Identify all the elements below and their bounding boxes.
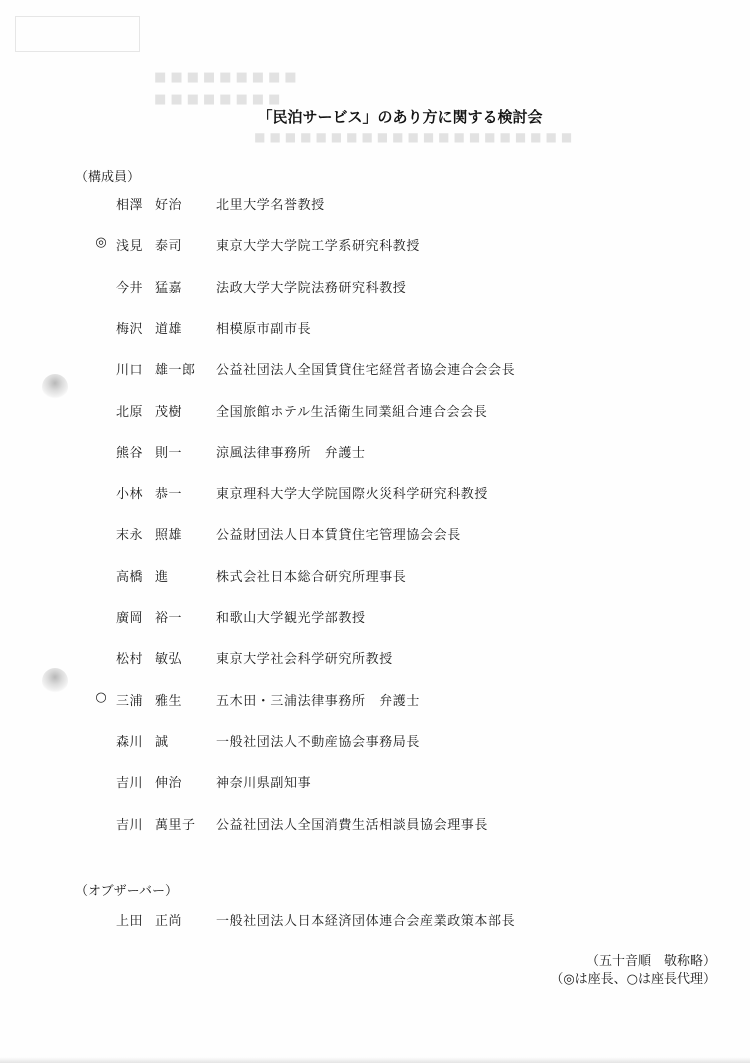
scan-bottom-edge [0,1057,750,1063]
member-given-name: 裕一 [155,607,182,626]
member-affiliation: 五木田・三浦法律事務所 弁護士 [216,690,420,709]
member-affiliation: 株式会社日本総合研究所理事長 [216,566,406,585]
bleed-through-text: ■■■■■■■■ [150,92,280,107]
bleed-through-text: ■■■■■■■■■ [150,70,297,85]
member-surname: 松村 [116,648,143,667]
member-surname: 吉川 [116,772,143,791]
chair-legend-note: （◎は座長、○は座長代理） [550,968,716,987]
member-row: 相澤好治北里大学名誉教授 [0,194,750,214]
member-row: ○三浦雅生五木田・三浦法律事務所 弁護士 [0,690,750,710]
member-row: 小林恭一東京理科大学大学院国際火災科学研究科教授 [0,483,750,503]
member-affiliation: 公益社団法人全国消費生活相談員協会理事長 [216,814,488,833]
member-given-name: 雄一郎 [155,359,196,378]
member-affiliation: 公益社団法人全国賃貸住宅経営者協会連合会会長 [216,359,515,378]
member-row: 川口雄一郎公益社団法人全国賃貸住宅経営者協会連合会会長 [0,359,750,379]
member-surname: 北原 [116,401,143,420]
member-given-name: 茂樹 [155,401,182,420]
member-given-name: 泰司 [155,235,182,254]
member-affiliation: 神奈川県副知事 [216,772,311,791]
member-given-name: 猛嘉 [155,277,182,296]
member-surname: 高橋 [116,566,143,585]
member-given-name: 進 [155,566,169,585]
member-affiliation: 東京大学社会科学研究所教授 [216,648,393,667]
member-surname: 相澤 [116,194,143,213]
member-surname: 今井 [116,277,143,296]
member-row: 松村敏弘東京大学社会科学研究所教授 [0,648,750,668]
member-row: 熊谷則一涼風法律事務所 弁護士 [0,442,750,462]
document-title: 「民泊サービス」のあり方に関する検討会 [0,106,750,127]
member-given-name: 正尚 [155,910,182,929]
member-row: 梅沢道雄相模原市副市長 [0,318,750,338]
member-surname: 廣岡 [116,607,143,626]
member-affiliation: 法政大学大学院法務研究科教授 [216,277,406,296]
member-affiliation: 相模原市副市長 [216,318,311,337]
member-given-name: 恭一 [155,483,182,502]
member-affiliation: 東京理科大学大学院国際火災科学研究科教授 [216,483,488,502]
member-row: 吉川萬里子公益社団法人全国消費生活相談員協会理事長 [0,814,750,834]
observer-row: 上田正尚一般社団法人日本経済団体連合会産業政策本部長 [0,910,750,930]
member-row: 廣岡裕一和歌山大学観光学部教授 [0,607,750,627]
member-surname: 浅見 [116,235,143,254]
member-row: 北原茂樹全国旅館ホテル生活衛生同業組合連合会会長 [0,401,750,421]
member-row: 高橋進株式会社日本総合研究所理事長 [0,566,750,586]
member-affiliation: 全国旅館ホテル生活衛生同業組合連合会会長 [216,401,487,420]
member-surname: 梅沢 [116,318,143,337]
member-row: 森川誠一般社団法人不動産協会事務局長 [0,731,750,751]
member-affiliation: 涼風法律事務所 弁護士 [216,442,366,461]
member-surname: 川口 [116,359,143,378]
member-given-name: 則一 [155,442,182,461]
member-surname: 小林 [116,483,143,502]
member-affiliation: 一般社団法人日本経済団体連合会産業政策本部長 [216,910,515,929]
member-surname: 末永 [116,524,143,543]
member-given-name: 伸治 [155,772,182,791]
member-surname: 三浦 [116,690,143,709]
member-given-name: 好治 [155,194,182,213]
member-given-name: 雅生 [155,690,182,709]
member-given-name: 道雄 [155,318,182,337]
member-surname: 熊谷 [116,442,143,461]
bleed-through-stamp-box [15,16,140,52]
member-surname: 上田 [116,910,143,929]
bleed-through-text: ■■■■■■■■■■■■■■■■■■■■■ [250,130,572,144]
member-affiliation: 北里大学名誉教授 [216,194,325,213]
member-affiliation: 和歌山大学観光学部教授 [216,607,366,626]
member-row: 末永照雄公益財団法人日本賃貸住宅管理協会会長 [0,524,750,544]
role-mark: ◎ [93,235,109,250]
member-row: 吉川伸治神奈川県副知事 [0,772,750,792]
member-affiliation: 東京大学大学院工学系研究科教授 [216,235,420,254]
observers-section-label: （オブザーバー） [75,880,178,899]
member-given-name: 敏弘 [155,648,182,667]
order-note: （五十音順 敬称略） [586,950,716,969]
member-affiliation: 一般社団法人不動産協会事務局長 [216,731,420,750]
member-row: 今井猛嘉法政大学大学院法務研究科教授 [0,277,750,297]
member-surname: 吉川 [116,814,143,833]
member-row: ◎浅見泰司東京大学大学院工学系研究科教授 [0,235,750,255]
member-given-name: 誠 [155,731,169,750]
role-mark: ○ [93,690,109,705]
member-surname: 森川 [116,731,143,750]
member-affiliation: 公益財団法人日本賃貸住宅管理協会会長 [216,524,461,543]
member-given-name: 照雄 [155,524,182,543]
members-section-label: （構成員） [75,166,140,185]
member-given-name: 萬里子 [155,814,196,833]
scanned-page: ■■■■■■■■■ ■■■■■■■■ ■■■■■■■■■■■■■■■■■■■■■… [0,0,750,1063]
